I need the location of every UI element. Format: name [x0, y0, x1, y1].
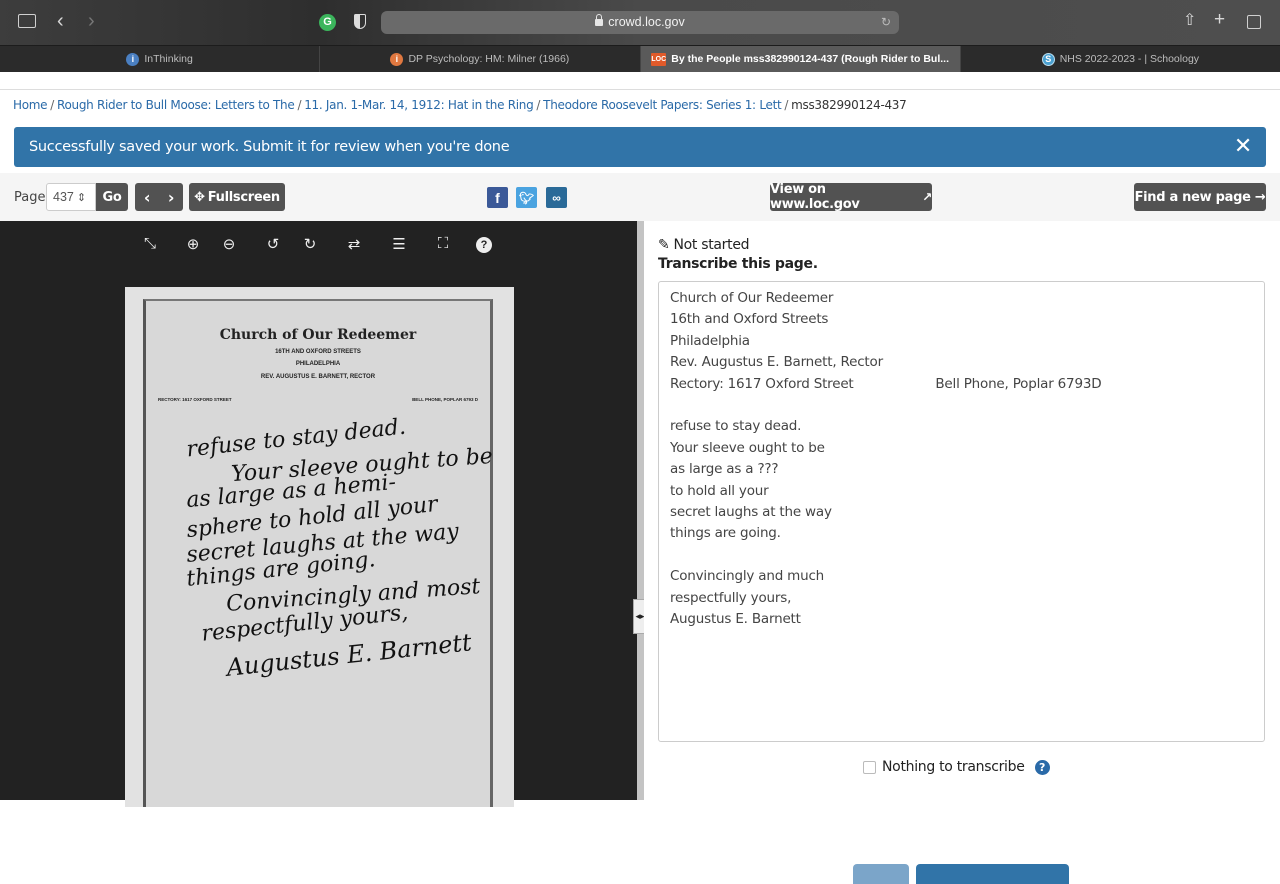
page-label: Page: [14, 190, 45, 205]
breadcrumb-project[interactable]: 11. Jan. 1-Mar. 14, 1912: Hat in the Rin…: [304, 98, 533, 112]
shield-icon[interactable]: [354, 14, 366, 29]
back-icon[interactable]: ‹: [57, 13, 64, 29]
image-viewer[interactable]: ⤡ ⊕ ⊖ ↺ ↻ ⇄ ☰ ⛶ ? Church of Our Redeemer…: [0, 221, 637, 800]
zoom-out-icon[interactable]: ⊖: [219, 235, 239, 253]
move-icon: ✥: [194, 190, 205, 205]
external-link-icon: ↗: [922, 190, 932, 204]
header-strip: [0, 72, 1280, 90]
edit-icon: ✎: [658, 237, 669, 253]
tab-bar: iInThinking iDP Psychology: HM: Milner (…: [0, 45, 1280, 72]
schoology-favicon-icon: S: [1042, 53, 1055, 66]
browser-toolbar: ‹ › G crowd.loc.gov ↻ ⇧ +: [0, 0, 1280, 45]
letterhead-line: PHILADELPHIA: [146, 361, 490, 367]
transcription-panel: ✎Not started Transcribe this page. Churc…: [644, 221, 1280, 800]
forward-icon[interactable]: ›: [88, 13, 95, 29]
success-alert: Successfully saved your work. Submit it …: [14, 127, 1266, 167]
flip-icon[interactable]: ⇄: [344, 235, 364, 253]
instruction-heading: Transcribe this page.: [658, 256, 818, 272]
sidebar-toggle-icon[interactable]: [18, 14, 36, 28]
page-number-input[interactable]: 437⇕: [46, 183, 96, 211]
alert-message: Successfully saved your work. Submit it …: [29, 139, 509, 155]
fullscreen-button[interactable]: ✥Fullscreen: [189, 183, 285, 211]
breadcrumb: Home/Rough Rider to Bull Moose: Letters …: [13, 98, 906, 112]
lock-icon: [595, 19, 603, 26]
next-page-button[interactable]: ›: [168, 188, 174, 207]
control-bar: Page 437⇕ Go ‹ › ✥Fullscreen f 🐦︎ ∞ View…: [0, 173, 1280, 221]
status-label: ✎Not started: [658, 237, 749, 253]
tab-inthinking[interactable]: iInThinking: [0, 46, 320, 72]
viewer-toolbar: ⤡ ⊕ ⊖ ↺ ↻ ⇄ ☰ ⛶ ?: [0, 221, 637, 267]
new-tab-icon[interactable]: +: [1214, 12, 1225, 28]
breadcrumb-current: mss382990124-437: [791, 98, 906, 112]
document-image: Church of Our Redeemer 16TH AND OXFORD S…: [125, 287, 514, 800]
close-icon[interactable]: ✕: [1234, 127, 1252, 167]
help-icon[interactable]: ?: [1035, 760, 1050, 775]
nothing-to-transcribe-label[interactable]: Nothing to transcribe: [882, 759, 1025, 775]
loc-favicon-icon: LOC: [651, 53, 666, 66]
reload-icon[interactable]: ↻: [881, 11, 891, 34]
link-share-icon[interactable]: ∞: [546, 187, 567, 208]
shrink-icon[interactable]: ⤡: [140, 235, 160, 252]
pane-splitter[interactable]: [637, 221, 644, 800]
breadcrumb-item[interactable]: Theodore Roosevelt Papers: Series 1: Let…: [543, 98, 781, 112]
nothing-to-transcribe: Nothing to transcribe ?: [863, 759, 1050, 775]
adjust-icon[interactable]: ☰: [389, 235, 409, 253]
address-bar[interactable]: crowd.loc.gov ↻: [381, 11, 899, 34]
letterhead-line: REV. AUGUSTUS E. BARNETT, RECTOR: [146, 374, 490, 380]
tab-overview-icon[interactable]: [1247, 15, 1261, 29]
page: Home/Rough Rider to Bull Moose: Letters …: [0, 72, 1280, 800]
dp-favicon-icon: i: [390, 53, 403, 66]
go-button[interactable]: Go: [96, 183, 128, 211]
stepper-icon: ⇕: [77, 192, 86, 204]
letterhead-title: Church of Our Redeemer: [146, 327, 490, 343]
rotate-left-icon[interactable]: ↺: [263, 235, 283, 253]
grammarly-icon[interactable]: G: [319, 14, 336, 31]
help-icon[interactable]: ?: [476, 237, 492, 253]
tab-dp-psychology[interactable]: iDP Psychology: HM: Milner (1966): [320, 46, 640, 72]
breadcrumb-campaign[interactable]: Rough Rider to Bull Moose: Letters to Th…: [57, 98, 294, 112]
rotate-right-icon[interactable]: ↻: [300, 235, 320, 253]
view-on-loc-button[interactable]: View on www.loc.gov↗: [770, 183, 932, 211]
letterhead-line: 16TH AND OXFORD STREETS: [146, 349, 490, 355]
facebook-share-icon[interactable]: f: [487, 187, 508, 208]
inthinking-favicon-icon: i: [126, 53, 139, 66]
letterhead-phone: BELL PHONE, POPLAR 6793 D: [412, 397, 478, 402]
transcription-textarea[interactable]: Church of Our Redeemer 16th and Oxford S…: [658, 281, 1265, 742]
find-new-page-button[interactable]: Find a new page →: [1134, 183, 1266, 211]
share-icon[interactable]: ⇧: [1183, 13, 1196, 29]
tab-by-the-people[interactable]: LOCBy the People mss382990124-437 (Rough…: [641, 46, 961, 72]
breadcrumb-home[interactable]: Home: [13, 98, 47, 112]
zoom-in-icon[interactable]: ⊕: [183, 235, 203, 253]
prev-page-button[interactable]: ‹: [144, 188, 150, 207]
tab-schoology[interactable]: SNHS 2022-2023 - | Schoology: [961, 46, 1280, 72]
letterhead-rectory: RECTORY: 1617 OXFORD STREET: [158, 397, 232, 402]
nothing-to-transcribe-checkbox[interactable]: [863, 761, 876, 774]
fullscreen-icon[interactable]: ⛶: [433, 235, 453, 252]
letter-page: Church of Our Redeemer 16TH AND OXFORD S…: [143, 299, 493, 800]
page-nav-group: ‹ ›: [135, 183, 183, 211]
twitter-share-icon[interactable]: 🐦︎: [516, 187, 537, 208]
